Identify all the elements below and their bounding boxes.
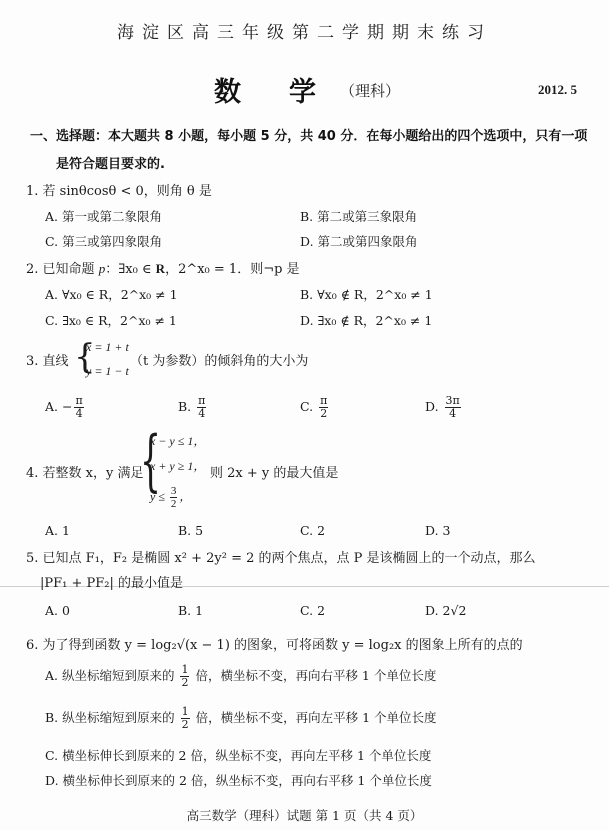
fraction: π4 [197, 395, 206, 420]
fraction: 12 [180, 664, 189, 689]
constraint-2: x + y ≥ 1， [150, 457, 205, 474]
question-number: 1. [26, 184, 38, 199]
q4-option-d: D. 3 [425, 523, 450, 538]
denominator: 2 [320, 408, 327, 420]
denominator: 2 [181, 677, 188, 689]
q6-option-c: C. 横坐标伸长到原来的 2 倍，纵坐标不变，再向左平移 1 个单位长度 [45, 746, 431, 764]
exam-title: 海淀区高三年级第二学期期末练习 [0, 18, 609, 43]
question-stem-part: ：∃x₀ ∈ [105, 262, 155, 277]
question-number: 4. [26, 466, 38, 481]
question-stem: 为了得到函数 y = log₂√(x − 1) 的图象，可将函数 y = log… [43, 638, 523, 653]
question-stem-part: 已知命题 [43, 262, 99, 277]
fraction: 32 [170, 485, 178, 510]
denominator: 4 [198, 408, 205, 420]
constraint-1: x − y ≤ 1， [150, 432, 205, 449]
fraction: 12 [181, 706, 190, 731]
option-text-pre: B. 纵坐标缩短到原来的 [45, 710, 175, 725]
subject-note: （理科） [340, 80, 400, 101]
question-1: 1. 若 sinθcosθ < 0，则角 θ 是 [26, 180, 212, 199]
q5-option-d: D. 2√2 [425, 603, 466, 618]
q2-option-d: D. ∃x₀ ∉ R，2^x₀ ≠ 1 [300, 311, 432, 329]
fraction: 3π4 [445, 395, 461, 420]
exam-date: 2012. 5 [538, 82, 577, 98]
q2-option-b: B. ∀x₀ ∉ R，2^x₀ ≠ 1 [300, 285, 433, 303]
q1-option-b: B. 第二或第三象限角 [300, 207, 417, 225]
question-stem-part: ，2^x₀ = 1．则¬p 是 [165, 262, 299, 277]
q6-option-a: A. 纵坐标缩短到原来的 12 倍，横坐标不变，再向右平移 1 个单位长度 [45, 664, 436, 689]
section-heading-line2: 是符合题目要求的. [56, 153, 165, 172]
q5-option-b: B. 1 [178, 603, 203, 618]
q1-option-d: D. 第二或第四象限角 [300, 232, 418, 250]
q1-option-a: A. 第一或第二象限角 [45, 207, 162, 225]
q4-option-a: A. 1 [45, 523, 70, 538]
q3-option-a: A. −π4 [45, 395, 86, 420]
question-stem: 若 sinθcosθ < 0，则角 θ 是 [43, 184, 212, 199]
subject-title: 数学 [214, 70, 316, 109]
q2-option-c: C. ∃x₀ ∈ R，2^x₀ ≠ 1 [45, 311, 177, 329]
numerator: 3 [170, 485, 178, 498]
question-4: 4. 若整数 x，y 满足 [26, 462, 144, 481]
param-eq-1: x = 1 + t [86, 340, 129, 355]
option-label: B. [178, 399, 191, 414]
question-number: 3. [26, 354, 38, 369]
question-stem-line2: |PF₁ + PF₂| 的最小值是 [40, 572, 183, 591]
question-5: 5. 已知点 F₁，F₂ 是椭圆 x² + 2y² = 2 的两个焦点，点 P … [26, 547, 536, 566]
section-heading-line1: 一、选择题：本大题共 8 小题，每小题 5 分，共 40 分．在每小题给出的四个… [30, 125, 587, 144]
question-6: 6. 为了得到函数 y = log₂√(x − 1) 的图象，可将函数 y = … [26, 634, 523, 653]
param-eq-2: y = 1 − t [86, 364, 129, 379]
q3-option-c: C. π2 [300, 395, 330, 420]
q5-option-a: A. 0 [45, 603, 70, 618]
question-3: 3. 直线 [26, 350, 69, 369]
q3-option-b: B. π4 [178, 395, 208, 420]
q5-option-c: C. 2 [300, 603, 325, 618]
subject-char-1: 数 [214, 77, 241, 108]
question-stem-part: 直线 [43, 354, 69, 369]
q6-option-d: D. 横坐标伸长到原来的 2 倍，纵坐标不变，再向右平移 1 个单位长度 [45, 771, 432, 789]
q3-option-d: D. 3π4 [425, 395, 463, 420]
question-stem-part: 则 2x + y 的最大值是 [210, 462, 338, 481]
denominator: 2 [182, 719, 189, 731]
question-stem-part: （t 为参数）的倾斜角的大小为 [130, 350, 308, 369]
q4-option-c: C. 2 [300, 523, 325, 538]
q4-option-b: B. 5 [178, 523, 203, 538]
constraint-3: y ≤ 32， [150, 485, 191, 510]
question-2: 2. 已知命题 p：∃x₀ ∈ R，2^x₀ = 1．则¬p 是 [26, 258, 300, 277]
q2-option-a: A. ∀x₀ ∈ R，2^x₀ ≠ 1 [45, 285, 178, 303]
fraction: π2 [319, 395, 328, 420]
question-number: 6. [26, 638, 38, 653]
q6-option-b: B. 纵坐标缩短到原来的 12 倍，横坐标不变，再向左平移 1 个单位长度 [45, 706, 437, 731]
option-text-post: 倍，横坐标不变，再向左平移 1 个单位长度 [196, 710, 437, 725]
page-footer: 高三数学（理科）试题 第 1 页（共 4 页） [0, 806, 609, 824]
q1-option-c: C. 第三或第四象限角 [45, 232, 162, 250]
denominator: 2 [171, 498, 177, 510]
subject-char-2: 学 [289, 77, 316, 108]
option-label: D. [425, 399, 439, 414]
fraction: π4 [74, 395, 83, 420]
reals-symbol: R [156, 261, 165, 276]
denominator: 4 [76, 408, 83, 420]
question-stem-part: 若整数 x，y 满足 [43, 466, 144, 481]
question-stem-line1: 已知点 F₁，F₂ 是椭圆 x² + 2y² = 2 的两个焦点，点 P 是该椭… [43, 551, 536, 566]
option-text-post: 倍，横坐标不变，再向右平移 1 个单位长度 [195, 668, 436, 683]
option-label: A. [45, 399, 58, 414]
question-number: 2. [26, 262, 38, 277]
question-number: 5. [26, 551, 38, 566]
denominator: 4 [449, 408, 456, 420]
option-sign: − [62, 399, 72, 414]
option-label: C. [300, 399, 313, 414]
option-text-pre: A. 纵坐标缩短到原来的 [45, 668, 174, 683]
